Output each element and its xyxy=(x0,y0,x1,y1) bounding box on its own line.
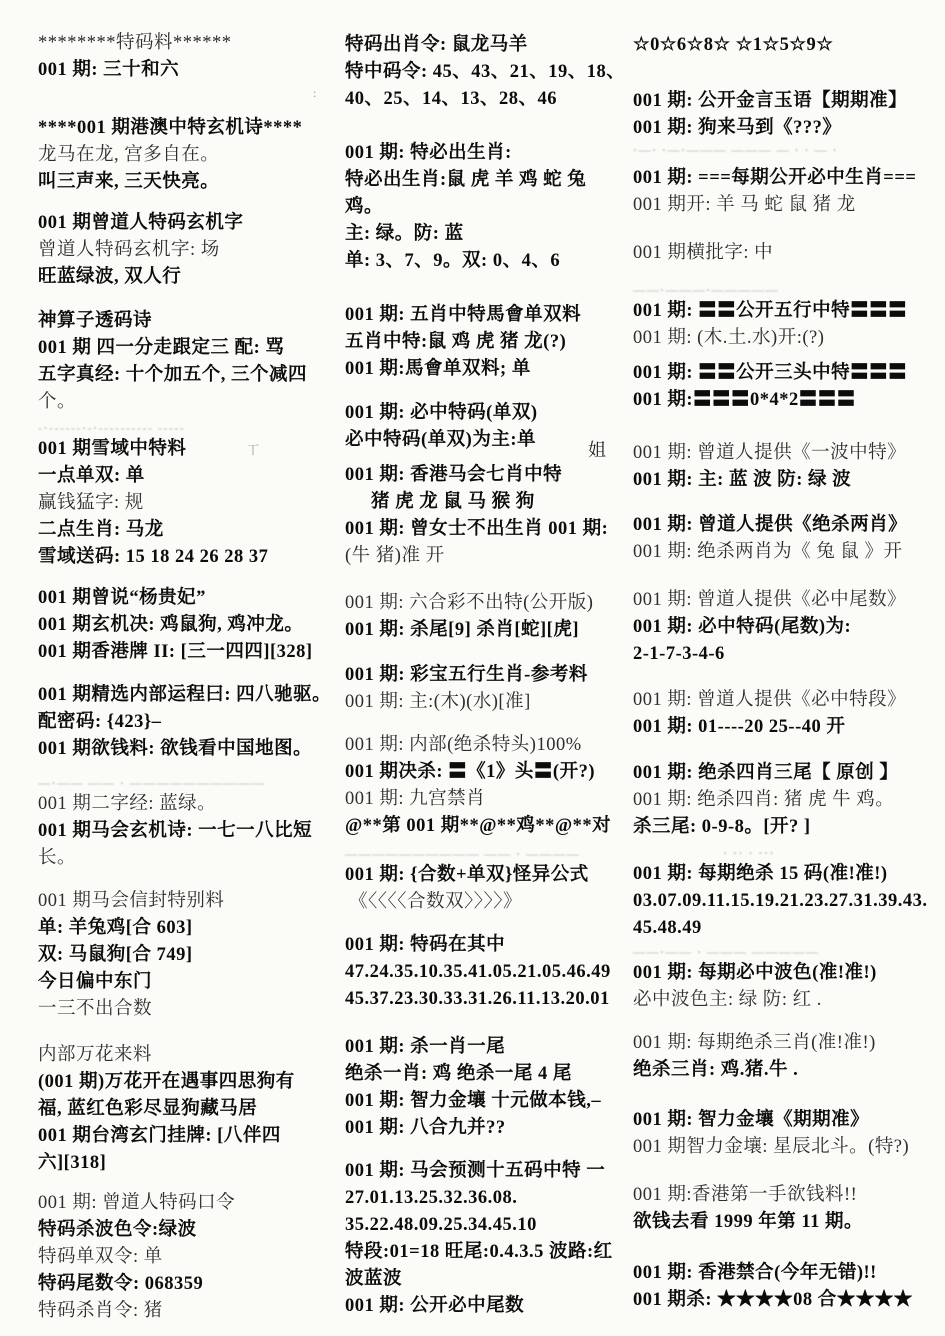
text-line: 绝杀一肖: 鸡 绝杀一尾 4 尾 xyxy=(345,1061,630,1088)
text-line: 001 期: ===每期公开必中生肖=== xyxy=(633,165,940,192)
text-line: 001 期: 公开金言玉语【期期准】 xyxy=(633,88,940,115)
text-group: -·------·-·---------- -----001 期雪域中特料一点单… xyxy=(38,420,338,571)
text-line: 鸡。 xyxy=(345,194,630,221)
text-line: 001 期智力金壤: 星辰北斗。(特?) xyxy=(633,1134,940,1161)
text-line: 001 期玄机决: 鸡鼠狗, 鸡冲龙。 xyxy=(38,612,338,639)
text-group: —————————— —— · ————001 期: {合数+单双}怪异公式《〈… xyxy=(345,846,630,916)
text-line: 45.37.23.30.33.31.26.11.13.20.01 xyxy=(345,986,630,1013)
text-line: 001 期雪域中特料 xyxy=(38,436,338,463)
text-line: 001 期: 六合彩不出特(公开版) xyxy=(345,590,630,617)
text-group: 001 期: 曾道人提供《一波中特》001 期: 主: 蓝 波 防: 绿 波 xyxy=(633,440,940,494)
text-line: @**第 001 期**@**鸡**@**对 xyxy=(345,813,630,840)
text-line: 绝杀三肖: 鸡.猪.牛 . xyxy=(633,1057,940,1084)
text-line: 001 期: 01----20 25--40 开 xyxy=(633,714,940,741)
text-group: 001 期: 〓〓公开三头中特〓〓〓001 期:〓〓〓0*4*2〓〓〓 xyxy=(633,360,940,414)
text-line: 特码单双令: 单 xyxy=(38,1244,338,1271)
text-group: 001 期: 曾道人提供《绝杀两肖》001 期: 绝杀两肖为《 兔 鼠 》开 xyxy=(633,512,940,566)
text-group: 001 期精选内部运程曰: 四八驰驱。配密码: {423}–001 期欲钱料: … xyxy=(38,682,338,763)
text-group: 001 期: 香港禁合(今年无错)!!001 期杀: ★★★★08 合★★★★ xyxy=(633,1260,940,1314)
text-line: 神算子透码诗 xyxy=(38,308,338,335)
text-line: 001 期: 八合九并?? xyxy=(345,1115,630,1142)
text-group: ****001 期港澳中特玄机诗****龙马在龙, 宫多自在。叫三声来, 三天快… xyxy=(38,115,338,196)
text-line: 001 期台湾玄门挂牌: [八伴四 xyxy=(38,1123,338,1150)
text-line: 45.48.49 xyxy=(633,915,940,942)
text-line: 001 期: 智力金壤 十元做本钱,– xyxy=(345,1088,630,1115)
text-line: 001 期: 五肖中特馬會单双料 xyxy=(345,302,630,329)
text-line: 001 期: 香港禁合(今年无错)!! xyxy=(633,1260,940,1287)
text-line: 001 期: 绝杀四肖三尾【 原创 】 xyxy=(633,760,940,787)
text-group: 001 期: ===每期公开必中生肖===001 期开: 羊 马 蛇 鼠 猪 龙 xyxy=(633,165,940,219)
text-line: 五肖中特:鼠 鸡 虎 猪 龙(?) xyxy=(345,329,630,356)
text-line: ****001 期港澳中特玄机诗**** xyxy=(38,115,338,142)
text-group: 001 期曾说“杨贵妃”001 期玄机决: 鸡鼠狗, 鸡冲龙。001 期香港牌 … xyxy=(38,585,338,666)
scan-artifact: 丅 xyxy=(247,441,259,458)
text-line: (001 期)万花开在遇事四思狗有 xyxy=(38,1069,338,1096)
text-group: 001 期: 内部(绝杀特头)100%001 期决杀: 〓《1》头〓(开?)00… xyxy=(345,732,630,840)
text-line: 001 期: 绝杀四肖: 猪 虎 牛 鸡。 xyxy=(633,787,940,814)
text-line: 001 期: 主: 蓝 波 防: 绿 波 xyxy=(633,467,940,494)
text-line: 001 期:〓〓〓0*4*2〓〓〓 xyxy=(633,387,940,414)
scan-artifact: : xyxy=(313,86,316,101)
text-group: 001 期: 曾道人提供《必中特段》001 期: 01----20 25--40… xyxy=(633,687,940,741)
text-line: 001 期: 主:(木)(水)[准] xyxy=(345,689,630,716)
text-line: 雪域送码: 15 18 24 26 28 37 xyxy=(38,544,338,571)
text-line: 一点单双: 单 xyxy=(38,463,338,490)
text-line: 福, 蓝红色彩尽显狗藏马居 xyxy=(38,1096,338,1123)
text-group: 001 期马会信封特别料单: 羊兔鸡[合 603]双: 马鼠狗[合 749]今日… xyxy=(38,888,338,1023)
text-group: 001 期: 曾道人特码口令特码杀波色令:绿波特码单双令: 单特码尾数令: 06… xyxy=(38,1190,338,1325)
text-line: 001 期: 每期绝杀三肖(准!准!) xyxy=(633,1030,940,1057)
text-line: 杀三尾: 0-9-8。[开? ] xyxy=(633,814,940,841)
text-line: 001 期: 曾女士不出生肖 001 期: xyxy=(345,516,630,543)
text-line: 001 期杀: ★★★★08 合★★★★ xyxy=(633,1287,940,1314)
text-group: 001 期: 彩宝五行生肖-参考料001 期: 主:(木)(水)[准] xyxy=(345,662,630,716)
text-line: 内部万花来料 xyxy=(38,1042,338,1069)
text-line: 001 期: 曾道人提供《绝杀两肖》 xyxy=(633,512,940,539)
text-line: 001 期: 狗来马到《???》 xyxy=(633,115,940,142)
text-line: 长。 xyxy=(38,845,338,872)
text-group: 001 期: 特必出生肖:特必出生肖:鼠 虎 羊 鸡 蛇 兔鸡。主: 绿。防: … xyxy=(345,140,630,275)
text-line: 特码尾数令: 068359 xyxy=(38,1271,338,1298)
text-line: 001 期:香港第一手欲钱料!! xyxy=(633,1182,940,1209)
lottery-tip-sheet-page: ********特码料******001 期: 三十和六****001 期港澳中… xyxy=(0,0,945,1336)
text-group: —·—— —— · ——————————001 期二字经: 蓝绿。001 期马会… xyxy=(38,775,338,872)
text-line: 001 期: (木.土.水)开:(?) xyxy=(633,325,940,352)
text-line: 001 期: 智力金壤《期期准》 xyxy=(633,1107,940,1134)
text-line: 二点生肖: 马龙 xyxy=(38,517,338,544)
text-line: 五字真经: 十个加五个, 三个减四 xyxy=(38,362,338,389)
text-line: 001 期: 绝杀两肖为《 兔 鼠 》开 xyxy=(633,539,940,566)
text-line: 40、25、14、13、28、46 xyxy=(345,86,630,113)
text-line: 001 期马会玄机诗: 一七一八比短 xyxy=(38,818,338,845)
text-line: 特码杀肖令: 猪 xyxy=(38,1298,338,1325)
smudge-line: ——·———·————— xyxy=(633,282,940,298)
text-line: 特段:01=18 旺尾:0.4.3.5 波路:红 xyxy=(345,1239,630,1266)
text-line: 波蓝波 xyxy=(345,1266,630,1293)
text-group: 001 期: 公开金言玉语【期期准】001 期: 狗来马到《???》·—· ·—… xyxy=(633,88,940,158)
text-group: 001 期横批字: 中 xyxy=(633,240,940,267)
text-line: 特码杀波色令:绿波 xyxy=(38,1217,338,1244)
text-line: 001 期: 九宫禁肖 xyxy=(345,786,630,813)
text-group: ☆0☆6☆8☆ ☆1☆5☆9☆ xyxy=(633,32,940,59)
text-line: 单: 羊兔鸡[合 603] xyxy=(38,915,338,942)
text-group: ——·—— · ——— —————001 期: 每期必中波色(准!准!)必中波色… xyxy=(633,944,940,1014)
text-line: 赢钱猛字: 规 xyxy=(38,490,338,517)
text-line: 双: 马鼠狗[合 749] xyxy=(38,942,338,969)
text-line: 001 期: 马会预测十五码中特 一 xyxy=(345,1158,630,1185)
text-line: 单: 3、7、9。双: 0、4、6 xyxy=(345,248,630,275)
text-line: 今日偏中东门 xyxy=(38,969,338,996)
column-left: ********特码料******001 期: 三十和六****001 期港澳中… xyxy=(38,0,338,1336)
text-line: 001 期: 曾道人提供《一波中特》 xyxy=(633,440,940,467)
text-line: 001 期决杀: 〓《1》头〓(开?) xyxy=(345,759,630,786)
text-group: 001 期: 五肖中特馬會单双料五肖中特:鼠 鸡 虎 猪 龙(?)001 期:馬… xyxy=(345,302,630,383)
text-line: 001 期: 杀一肖一尾 xyxy=(345,1034,630,1061)
smudge-line: ·—· ·—·——— ——— — · · — · xyxy=(633,142,940,158)
column-middle: 特码出肖令: 鼠龙马羊特中码令: 45、43、21、19、18、40、25、14… xyxy=(345,0,630,1336)
column-right: ☆0☆6☆8☆ ☆1☆5☆9☆001 期: 公开金言玉语【期期准】001 期: … xyxy=(633,0,940,1336)
text-line: 六][318] xyxy=(38,1150,338,1177)
text-line: 27.01.13.25.32.36.08. xyxy=(345,1185,630,1212)
smudge-line: ——·—— · ——— ————— xyxy=(633,944,940,960)
text-group: · ·· · ···001 期: 每期绝杀 15 码(准!准!)03.07.09… xyxy=(633,845,940,942)
text-line: 001 期: 〓〓公开三头中特〓〓〓 xyxy=(633,360,940,387)
text-line: 主: 绿。防: 蓝 xyxy=(345,221,630,248)
text-group: 神算子透码诗001 期 四一分走跟定三 配: 骂五字真经: 十个加五个, 三个减… xyxy=(38,308,338,416)
text-group: 内部万花来料(001 期)万花开在遇事四思狗有福, 蓝红色彩尽显狗藏马居001 … xyxy=(38,1042,338,1177)
smudge-line: · ·· · ··· xyxy=(633,845,940,861)
text-line: 001 期: 公开必中尾数 xyxy=(345,1293,630,1320)
text-line: 猪 虎 龙 鼠 马 猴 狗 xyxy=(345,489,630,516)
text-line: 001 期: 曾道人特码口令 xyxy=(38,1190,338,1217)
text-line: 必中波色主: 绿 防: 红 . xyxy=(633,987,940,1014)
text-line: 001 期曾道人特码玄机字 xyxy=(38,210,338,237)
text-line: ********特码料****** xyxy=(38,30,338,57)
text-group: 001 期: 香港马会七肖中特猪 虎 龙 鼠 马 猴 狗001 期: 曾女士不出… xyxy=(345,462,630,570)
text-line: 001 期: {合数+单双}怪异公式 xyxy=(345,862,630,889)
text-line: 001 期: 必中特码(单双) xyxy=(345,400,630,427)
text-line: 曾道人特码玄机字: 场 xyxy=(38,237,338,264)
smudge-line: —————————— —— · ———— xyxy=(345,846,630,862)
text-group: 001 期: 六合彩不出特(公开版)001 期: 杀尾[9] 杀肖[蛇][虎] xyxy=(345,590,630,644)
text-line: 001 期: 〓〓公开五行中特〓〓〓 xyxy=(633,298,940,325)
text-group: 001 期: 每期绝杀三肖(准!准!)绝杀三肖: 鸡.猪.牛 . xyxy=(633,1030,940,1084)
text-line: 001 期:馬會单双料; 单 xyxy=(345,356,630,383)
text-line: 001 期: 香港马会七肖中特 xyxy=(345,462,630,489)
text-group: 001 期: 曾道人提供《必中尾数》001 期: 必中特码(尾数)为:2-1-7… xyxy=(633,587,940,668)
text-group: 001 期: 特码在其中47.24.35.10.35.41.05.21.05.4… xyxy=(345,932,630,1013)
text-line: 001 期: 曾道人提供《必中尾数》 xyxy=(633,587,940,614)
text-line: 特必出生肖:鼠 虎 羊 鸡 蛇 兔 xyxy=(345,167,630,194)
text-line: 001 期: 每期必中波色(准!准!) xyxy=(633,960,940,987)
text-line: (牛 猪)准 开 xyxy=(345,543,630,570)
text-line: 旺蓝绿波, 双人行 xyxy=(38,264,338,291)
smudge-line: —·—— —— · —————————— xyxy=(38,775,338,791)
text-group: 特码出肖令: 鼠龙马羊特中码令: 45、43、21、19、18、40、25、14… xyxy=(345,32,630,113)
text-line: 个。 xyxy=(38,389,338,416)
text-group: 001 期: 杀一肖一尾绝杀一肖: 鸡 绝杀一尾 4 尾001 期: 智力金壤 … xyxy=(345,1034,630,1142)
text-line: 35.22.48.09.25.34.45.10 xyxy=(345,1212,630,1239)
text-group: 001 期: 绝杀四肖三尾【 原创 】001 期: 绝杀四肖: 猪 虎 牛 鸡。… xyxy=(633,760,940,841)
text-line: 03.07.09.11.15.19.21.23.27.31.39.43. xyxy=(633,888,940,915)
text-line: 《〈〈〈〈合数双〉〉〉〉》 xyxy=(345,889,630,916)
smudge-line: -·------·-·---------- ----- xyxy=(38,420,338,436)
text-line: 001 期 四一分走跟定三 配: 骂 xyxy=(38,335,338,362)
text-line: 龙马在龙, 宫多自在。 xyxy=(38,142,338,169)
text-line: 001 期: 必中特码(尾数)为: xyxy=(633,614,940,641)
text-group: 001 期曾道人特码玄机字曾道人特码玄机字: 场旺蓝绿波, 双人行 xyxy=(38,210,338,291)
text-line: 001 期二字经: 蓝绿。 xyxy=(38,791,338,818)
text-line: 001 期: 彩宝五行生肖-参考料 xyxy=(345,662,630,689)
text-group: 001 期: 智力金壤《期期准》001 期智力金壤: 星辰北斗。(特?) xyxy=(633,1107,940,1161)
text-group: 001 期:香港第一手欲钱料!!欲钱去看 1999 年第 11 期。 xyxy=(633,1182,940,1236)
text-group: ——·———·—————001 期: 〓〓公开五行中特〓〓〓001 期: (木.… xyxy=(633,282,940,352)
text-line: 2-1-7-3-4-6 xyxy=(633,641,940,668)
text-line: 001 期马会信封特别料 xyxy=(38,888,338,915)
text-line: 配密码: {423}– xyxy=(38,709,338,736)
text-line: 001 期: 每期绝杀 15 码(准!准!) xyxy=(633,861,940,888)
text-line: 001 期曾说“杨贵妃” xyxy=(38,585,338,612)
text-line: 47.24.35.10.35.41.05.21.05.46.49 xyxy=(345,959,630,986)
text-line: 特码出肖令: 鼠龙马羊 xyxy=(345,32,630,59)
text-line: 001 期: 特码在其中 xyxy=(345,932,630,959)
text-line: 001 期: 内部(绝杀特头)100% xyxy=(345,732,630,759)
text-line: 欲钱去看 1999 年第 11 期。 xyxy=(633,1209,940,1236)
scan-artifact: 姐 xyxy=(588,436,606,462)
text-line: 001 期: 曾道人提供《必中特段》 xyxy=(633,687,940,714)
text-line: 叫三声来, 三天快亮。 xyxy=(38,169,338,196)
text-group: ********特码料******001 期: 三十和六 xyxy=(38,30,338,84)
text-line: 特中码令: 45、43、21、19、18、 xyxy=(345,59,630,86)
text-line: 001 期: 特必出生肖: xyxy=(345,140,630,167)
text-line: 001 期欲钱料: 欲钱看中国地图。 xyxy=(38,736,338,763)
text-line: 001 期横批字: 中 xyxy=(633,240,940,267)
text-line: 001 期: 三十和六 xyxy=(38,57,338,84)
text-line: 001 期香港牌 II: [三一四四][328] xyxy=(38,639,338,666)
text-line: 001 期精选内部运程曰: 四八驰驱。 xyxy=(38,682,338,709)
text-line: ☆0☆6☆8☆ ☆1☆5☆9☆ xyxy=(633,32,940,59)
text-line: 一三不出合数 xyxy=(38,996,338,1023)
text-line: 001 期开: 羊 马 蛇 鼠 猪 龙 xyxy=(633,192,940,219)
text-line: 001 期: 杀尾[9] 杀肖[蛇][虎] xyxy=(345,617,630,644)
text-group: 001 期: 马会预测十五码中特 一27.01.13.25.32.36.08.3… xyxy=(345,1158,630,1320)
